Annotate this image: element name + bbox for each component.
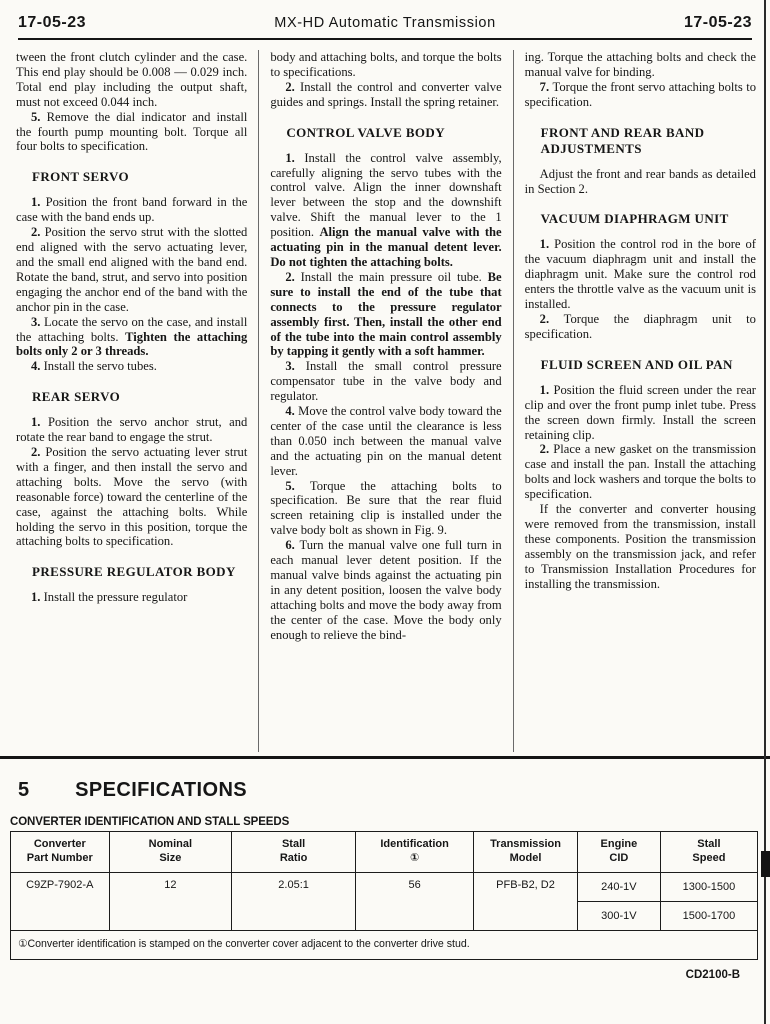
col-header-converter-part-number: Converter Part Number [11, 832, 110, 873]
bold-text-run: 2. [540, 312, 564, 326]
bold-text-run: 5. [285, 479, 310, 493]
page-number-left: 17-05-23 [18, 14, 86, 32]
section-heading: PRESSURE REGULATOR BODY [32, 564, 247, 580]
text-run: Torque the front servo attaching bolts t… [525, 80, 756, 109]
table-title: CONVERTER IDENTIFICATION AND STALL SPEED… [10, 816, 770, 828]
text-run: ing. Torque the attaching bolts and chec… [525, 50, 756, 79]
cell-part-number: C9ZP-7902-A [11, 873, 110, 931]
section-number: 5 [18, 779, 29, 802]
bold-text-run: 4. [31, 359, 44, 373]
bold-text-run: 1. [285, 151, 304, 165]
paragraph: 5. Remove the dial indicator and install… [16, 110, 247, 155]
section-heading: FLUID SCREEN AND OIL PAN [541, 357, 756, 373]
col-header-engine-cid: Engine CID [577, 832, 660, 873]
text-run: Position the front band forward in the c… [16, 195, 247, 224]
bold-text-run: 2. [540, 442, 554, 456]
paragraph: 6. Turn the manual valve one full turn i… [270, 538, 501, 642]
bold-text-run: 7. [540, 80, 553, 94]
text-run: Adjust the front and rear bands as detai… [525, 167, 756, 196]
paragraph: 2. Install the main pressure oil tube. B… [270, 270, 501, 359]
section-heading: FRONT AND REAR BAND ADJUSTMENTS [541, 125, 756, 157]
paragraph: 3. Locate the servo on the case, and ins… [16, 315, 247, 360]
paragraph: 7. Torque the front servo attaching bolt… [525, 80, 756, 110]
section-heading: VACUUM DIAPHRAGM UNIT [541, 211, 756, 227]
col-header-identification: Identification ① [356, 832, 474, 873]
table-row: C9ZP-7902-A 12 2.05:1 56 PFB-B2, D2 240-… [11, 873, 758, 902]
bold-text-run: 6. [285, 538, 299, 552]
text-run: Position the servo anchor strut, and rot… [16, 415, 247, 444]
paragraph: 1. Install the pressure regulator [16, 590, 247, 605]
paragraph: ing. Torque the attaching bolts and chec… [525, 50, 756, 80]
cell-engine-cid: 240-1V [577, 873, 660, 902]
section-title: SPECIFICATIONS [75, 779, 247, 802]
cell-transmission-model: PFB-B2, D2 [474, 873, 578, 931]
bold-text-run: 2. [31, 225, 45, 239]
section-heading: CONTROL VALVE BODY [286, 125, 501, 141]
bold-text-run: 1. [540, 237, 554, 251]
bold-text-run: 2. [285, 270, 300, 284]
text-run: Install the main pressure oil tube. [301, 270, 488, 284]
cell-stall-speed: 1500-1700 [660, 902, 757, 931]
bold-text-run: 2. [285, 80, 300, 94]
paragraph: 4. Install the servo tubes. [16, 359, 247, 374]
section-divider-rule [0, 756, 770, 759]
text-run: Place a new gasket on the transmission c… [525, 442, 756, 501]
paragraph: 2. Position the servo actuating lever st… [16, 445, 247, 549]
bold-text-run: 3. [285, 359, 305, 373]
bold-text-run: 5. [31, 110, 47, 124]
text-run: tween the front clutch cylinder and the … [16, 50, 247, 109]
paragraph: 1. Position the front band forward in th… [16, 195, 247, 225]
specifications-heading: 5 SPECIFICATIONS [18, 779, 770, 802]
cell-stall-speed: 1300-1500 [660, 873, 757, 902]
bold-text-run: 1. [540, 383, 554, 397]
page-title: MX-HD Automatic Transmission [274, 15, 495, 31]
text-run: Position the servo actuating lever strut… [16, 445, 247, 548]
paragraph: 1. Position the servo anchor strut, and … [16, 415, 247, 445]
text-run: Install the pressure regulator [44, 590, 188, 604]
section-heading: REAR SERVO [32, 389, 247, 405]
text-run: Turn the manual valve one full turn in e… [270, 538, 501, 641]
paragraph: 4. Move the control valve body toward th… [270, 404, 501, 479]
paragraph: 1. Position the control rod in the bore … [525, 237, 756, 312]
cell-identification: 56 [356, 873, 474, 931]
paragraph: If the converter and converter housing w… [525, 502, 756, 591]
paragraph: 5. Torque the attaching bolts to specifi… [270, 479, 501, 539]
text-run: body and attaching bolts, and torque the… [270, 50, 501, 79]
cell-stall-ratio: 2.05:1 [232, 873, 356, 931]
text-run: If the converter and converter housing w… [525, 502, 756, 591]
col-header-stall-ratio: Stall Ratio [232, 832, 356, 873]
paragraph: 2. Install the control and converter val… [270, 80, 501, 110]
bold-text-run: 4. [285, 404, 298, 418]
text-run: Install the small control pressure compe… [270, 359, 501, 403]
text-run: Move the control valve body toward the c… [270, 404, 501, 478]
column-1: tween the front clutch cylinder and the … [16, 50, 258, 752]
document-code: CD2100-B [0, 969, 740, 981]
col-header-nominal-size: Nominal Size [109, 832, 232, 873]
paragraph: tween the front clutch cylinder and the … [16, 50, 247, 110]
bold-text-run: 1. [31, 195, 46, 209]
text-run: Install the control and converter valve … [270, 80, 501, 109]
text-run: Position the control rod in the bore of … [525, 237, 756, 311]
column-2: body and attaching bolts, and torque the… [258, 50, 512, 752]
paragraph: 1. Position the fluid screen under the r… [525, 383, 756, 443]
paragraph: 2. Place a new gasket on the transmissio… [525, 442, 756, 502]
converter-spec-table: Converter Part Number Nominal Size Stall… [10, 831, 758, 960]
paragraph: 1. Install the control valve assembly, c… [270, 151, 501, 270]
cell-engine-cid: 300-1V [577, 902, 660, 931]
manual-page: 17-05-23 MX-HD Automatic Transmission 17… [0, 0, 770, 1024]
col-header-transmission-model: Transmission Model [474, 832, 578, 873]
section-heading: FRONT SERVO [32, 169, 247, 185]
circled-one-icon: ① [360, 852, 469, 866]
bold-text-run: 3. [31, 315, 44, 329]
bold-text-run: 2. [31, 445, 45, 459]
table-header-row: Converter Part Number Nominal Size Stall… [11, 832, 758, 873]
text-run: Remove the dial indicator and install th… [16, 110, 247, 154]
cell-nominal-size: 12 [109, 873, 232, 931]
text-run: Position the servo strut with the slotte… [16, 225, 247, 314]
paragraph: 2. Torque the diaphragm unit to specific… [525, 312, 756, 342]
paragraph: 3. Install the small control pressure co… [270, 359, 501, 404]
text-run: Install the servo tubes. [44, 359, 157, 373]
page-number-right: 17-05-23 [684, 14, 752, 32]
table-footnote-row: ①Converter identification is stamped on … [11, 931, 758, 960]
column-3: ing. Torque the attaching bolts and chec… [513, 50, 756, 752]
running-header: 17-05-23 MX-HD Automatic Transmission 17… [18, 14, 752, 40]
paragraph: body and attaching bolts, and torque the… [270, 50, 501, 80]
paragraph: 2. Position the servo strut with the slo… [16, 225, 247, 314]
bold-text-run: 1. [31, 415, 48, 429]
text-columns: tween the front clutch cylinder and the … [16, 50, 756, 752]
paragraph: Adjust the front and rear bands as detai… [525, 167, 756, 197]
scan-blob-artifact [761, 851, 770, 877]
bold-text-run: 1. [31, 590, 44, 604]
table-footnote: ①Converter identification is stamped on … [11, 931, 758, 960]
col-header-stall-speed: Stall Speed [660, 832, 757, 873]
text-run: Position the fluid screen under the rear… [525, 383, 756, 442]
